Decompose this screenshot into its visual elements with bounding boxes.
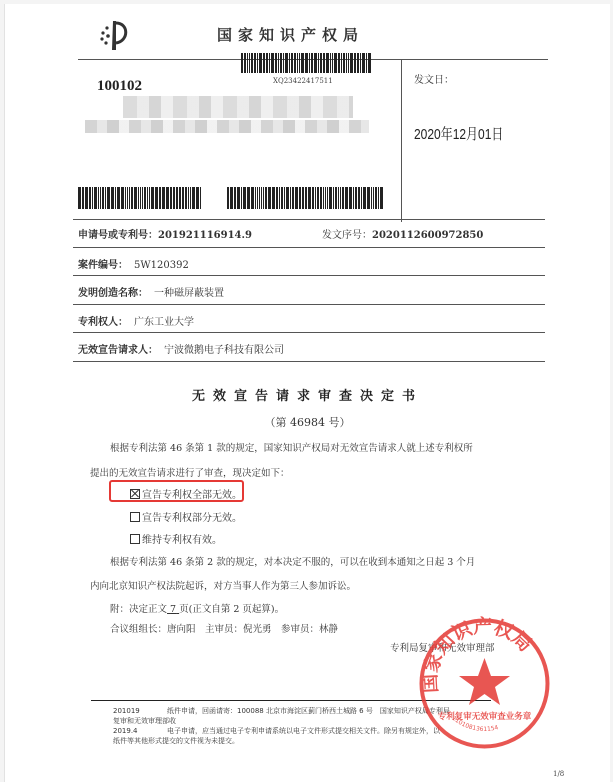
attachment-pages: 7 [167, 604, 179, 615]
tracking-barcode [241, 53, 372, 73]
cnipa-logo-icon [97, 17, 137, 53]
postcode: 100102 [97, 78, 142, 95]
divider [73, 247, 545, 248]
decision-number: （第 46984 号） [5, 414, 610, 430]
option-label: 维持专利权有效。 [142, 531, 222, 546]
intro-line-2: 提出的无效宣告请求进行了审查，现决定如下： [90, 465, 290, 479]
invention-name-label: 发明创造名称： [78, 288, 148, 299]
panel-members: 合议组组长：唐向阳 主审员：倪光勇 参审员：林静 [110, 621, 338, 635]
option-invalidate-all: 宣告专利权全部无效。 [130, 486, 242, 501]
divider [73, 219, 545, 220]
footer-line-3: 2019.4电子申请，应当通过电子专利申请系统以电子文件形式提交相关文件。除另有… [113, 726, 440, 736]
barcode-id: XQ23422417511 [273, 77, 333, 85]
serial-number-value: 2020112600972850 [372, 230, 483, 241]
appeal-line-2: 内向北京知识产权法院起诉，对方当事人作为第三人参加诉讼。 [90, 578, 356, 592]
option-label: 宣告专利权部分无效。 [142, 509, 242, 524]
intro-line-1: 根据专利法第 46 条第 1 款的规定，国家知识产权局对无效宣告请求人就上述专利… [110, 440, 473, 454]
option-maintain-valid: 维持专利权有效。 [130, 531, 222, 546]
option-invalidate-partial: 宣告专利权部分无效。 [130, 509, 242, 524]
form-version: 2019.4 [113, 727, 167, 735]
case-number-field: 案件编号：5W120392 [78, 256, 189, 271]
option-label: 宣告专利权全部无效。 [142, 486, 242, 501]
org-title: 国家知识产权局 [217, 24, 364, 45]
page-indicator: 1/8 [553, 770, 564, 778]
divider [73, 304, 545, 305]
document-page: 国家知识产权局 XQ23422417511 100102 发文日： 2020年1… [4, 4, 610, 782]
redacted-address [123, 96, 353, 118]
footer-line-1: 201019纸件申请，回函请寄：100088 北京市海淀区蓟门桥西土城路 6 号… [113, 706, 450, 716]
attachment-suffix: 页(正文自第 2 页起算)。 [179, 604, 284, 615]
patentee-field: 专利权人：广东工业大学 [78, 313, 194, 328]
barcode-left [78, 187, 202, 209]
checkbox-checked-icon [130, 489, 140, 499]
case-number-value: 5W120392 [134, 260, 189, 271]
form-code: 201019 [113, 707, 167, 715]
checkbox-unchecked-icon [130, 534, 140, 544]
invention-name-field: 发明创造名称：一种磁屏蔽装置 [78, 284, 224, 299]
checkbox-unchecked-icon [130, 512, 140, 522]
invention-name-value: 一种磁屏蔽装置 [154, 288, 224, 299]
date-column-divider [401, 60, 402, 222]
appeal-line-1: 根据专利法第 46 条第 2 款的规定，对本决定不服的，可以在收到本通知之日起 … [110, 554, 475, 568]
requester-value: 宁波微鹅电子科技有限公司 [164, 345, 284, 356]
barcode-right [227, 187, 384, 209]
case-number-label: 案件编号： [78, 260, 128, 271]
electronic-instruction: 电子申请，应当通过电子专利申请系统以电子文件形式提交相关文件。除另有规定外，以 [167, 727, 440, 735]
application-number-label: 申请号或专利号： [78, 230, 158, 241]
attachment-note: 附：决定正文 7 页(正文自第 2 页起算)。 [110, 601, 284, 615]
official-seal-icon: 国家知识产权局 专利复审无效审查业务章 1101081361154 [417, 616, 552, 751]
divider [73, 332, 545, 333]
footer-line-2: 复审和无效审理部收 [113, 716, 176, 726]
redacted-recipient [85, 120, 369, 133]
attachment-prefix: 附：决定正文 [110, 604, 167, 615]
serial-number-label: 发文序号： [322, 230, 372, 241]
date-value: 2020年12月01日 [414, 123, 503, 144]
divider [73, 275, 545, 276]
decision-title: 无效宣告请求审查决定书 [5, 385, 610, 404]
requester-field: 无效宣告请求人：宁波微鹅电子科技有限公司 [78, 341, 284, 356]
patentee-label: 专利权人： [78, 317, 128, 328]
patentee-value: 广东工业大学 [134, 317, 194, 328]
date-label: 发文日： [414, 71, 454, 86]
footer-line-4: 纸件等其他形式提交的文件视为未提交。 [113, 736, 239, 746]
application-number-field: 申请号或专利号：201921116914.9 [78, 226, 252, 241]
divider [73, 361, 545, 362]
requester-label: 无效宣告请求人： [78, 345, 158, 356]
serial-number-field: 发文序号：2020112600972850 [322, 226, 483, 241]
application-number-value: 201921116914.9 [158, 230, 252, 241]
mail-instruction: 纸件申请，回函请寄：100088 北京市海淀区蓟门桥西土城路 6 号 国家知识产… [167, 707, 450, 715]
